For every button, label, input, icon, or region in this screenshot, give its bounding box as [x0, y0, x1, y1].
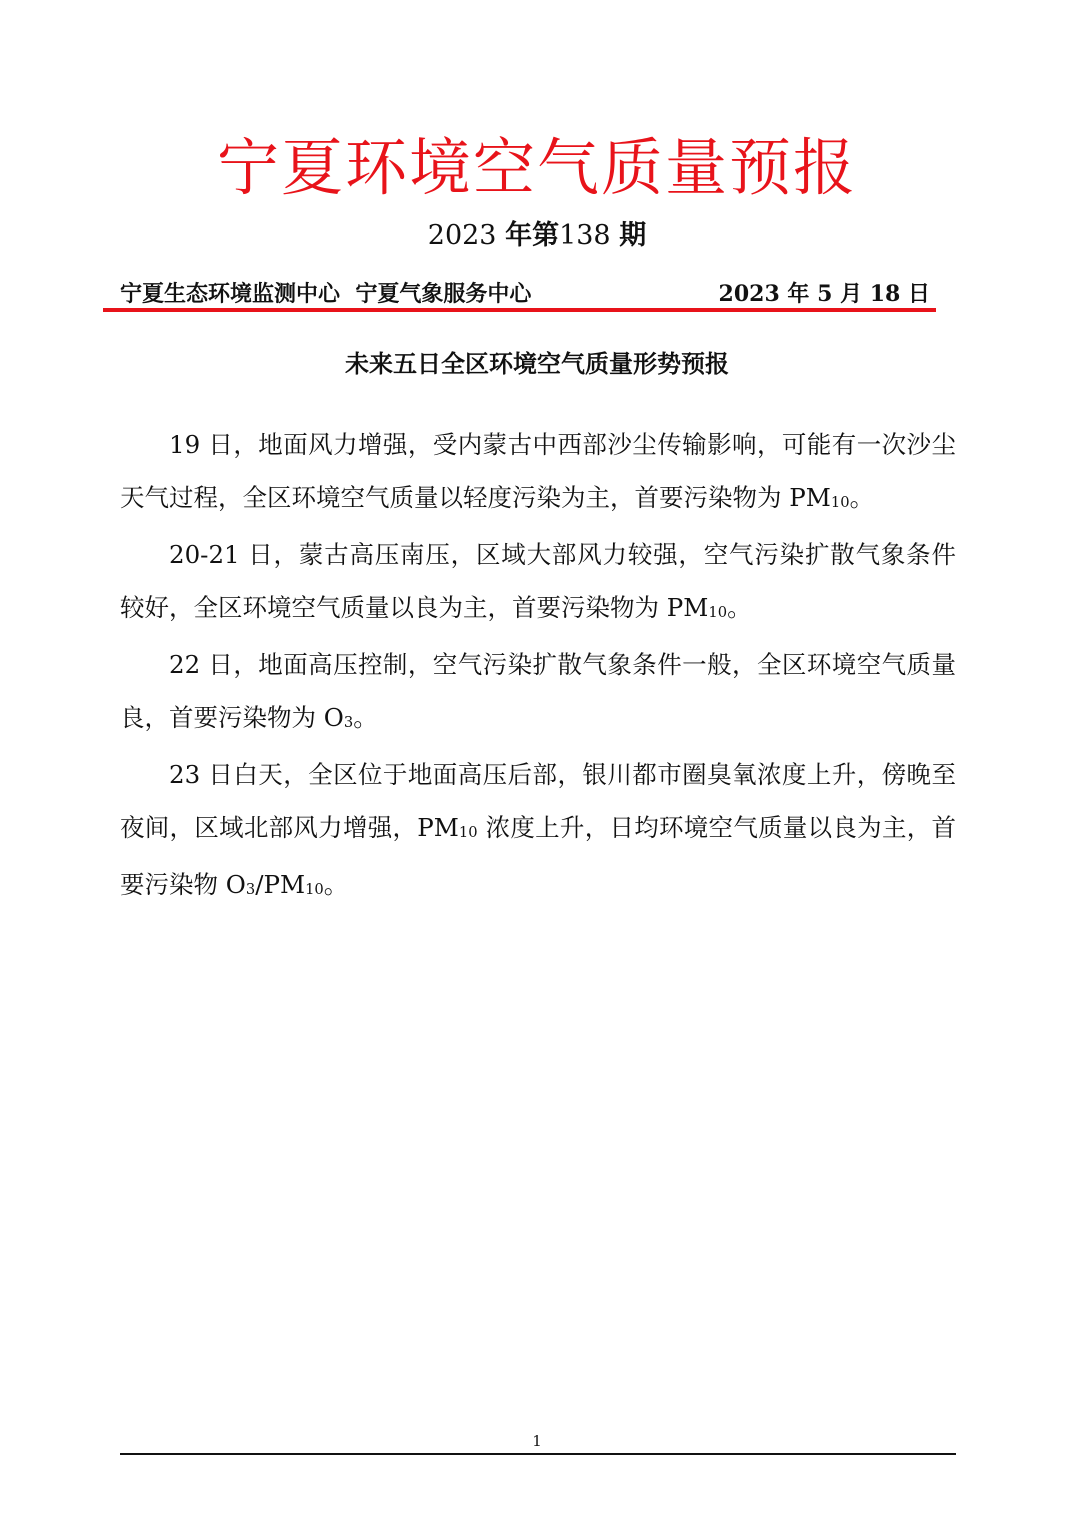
document-title: 宁夏环境空气质量预报 — [0, 128, 1074, 208]
forecast-body: 19 日，地面风力增强，受内蒙古中西部沙尘传输影响，可能有一次沙尘天气过程，全区… — [120, 418, 956, 915]
publish-date: 2023 年 5 月 18 日 — [719, 278, 930, 310]
paragraph-day-20-21: 20-21 日，蒙古高压南压，区域大部风力较强，空气污染扩散气象条件较好，全区环… — [120, 528, 956, 638]
footer-divider — [120, 1453, 956, 1455]
header-divider — [103, 308, 936, 312]
issue-year: 2023 — [428, 220, 497, 251]
issue-year-label: 年第 — [505, 220, 559, 251]
issue-number-value: 138 — [559, 220, 611, 251]
publisher-line: 宁夏生态环境监测中心 宁夏气象服务中心 2023 年 5 月 18 日 — [120, 278, 930, 310]
issue-number: 2023 年第138 期 — [0, 218, 1074, 254]
section-title: 未来五日全区环境空气质量形势预报 — [0, 346, 1074, 382]
paragraph-day-19: 19 日，地面风力增强，受内蒙古中西部沙尘传输影响，可能有一次沙尘天气过程，全区… — [120, 418, 956, 528]
paragraph-day-22: 22 日，地面高压控制，空气污染扩散气象条件一般，全区环境空气质量良，首要污染物… — [120, 638, 956, 748]
page-number: 1 — [0, 1432, 1074, 1450]
paragraph-day-23: 23 日白天，全区位于地面高压后部，银川都市圈臭氧浓度上升，傍晚至夜间，区域北部… — [120, 748, 956, 915]
issue-suffix: 期 — [619, 220, 646, 251]
publishers: 宁夏生态环境监测中心 宁夏气象服务中心 — [120, 278, 531, 310]
